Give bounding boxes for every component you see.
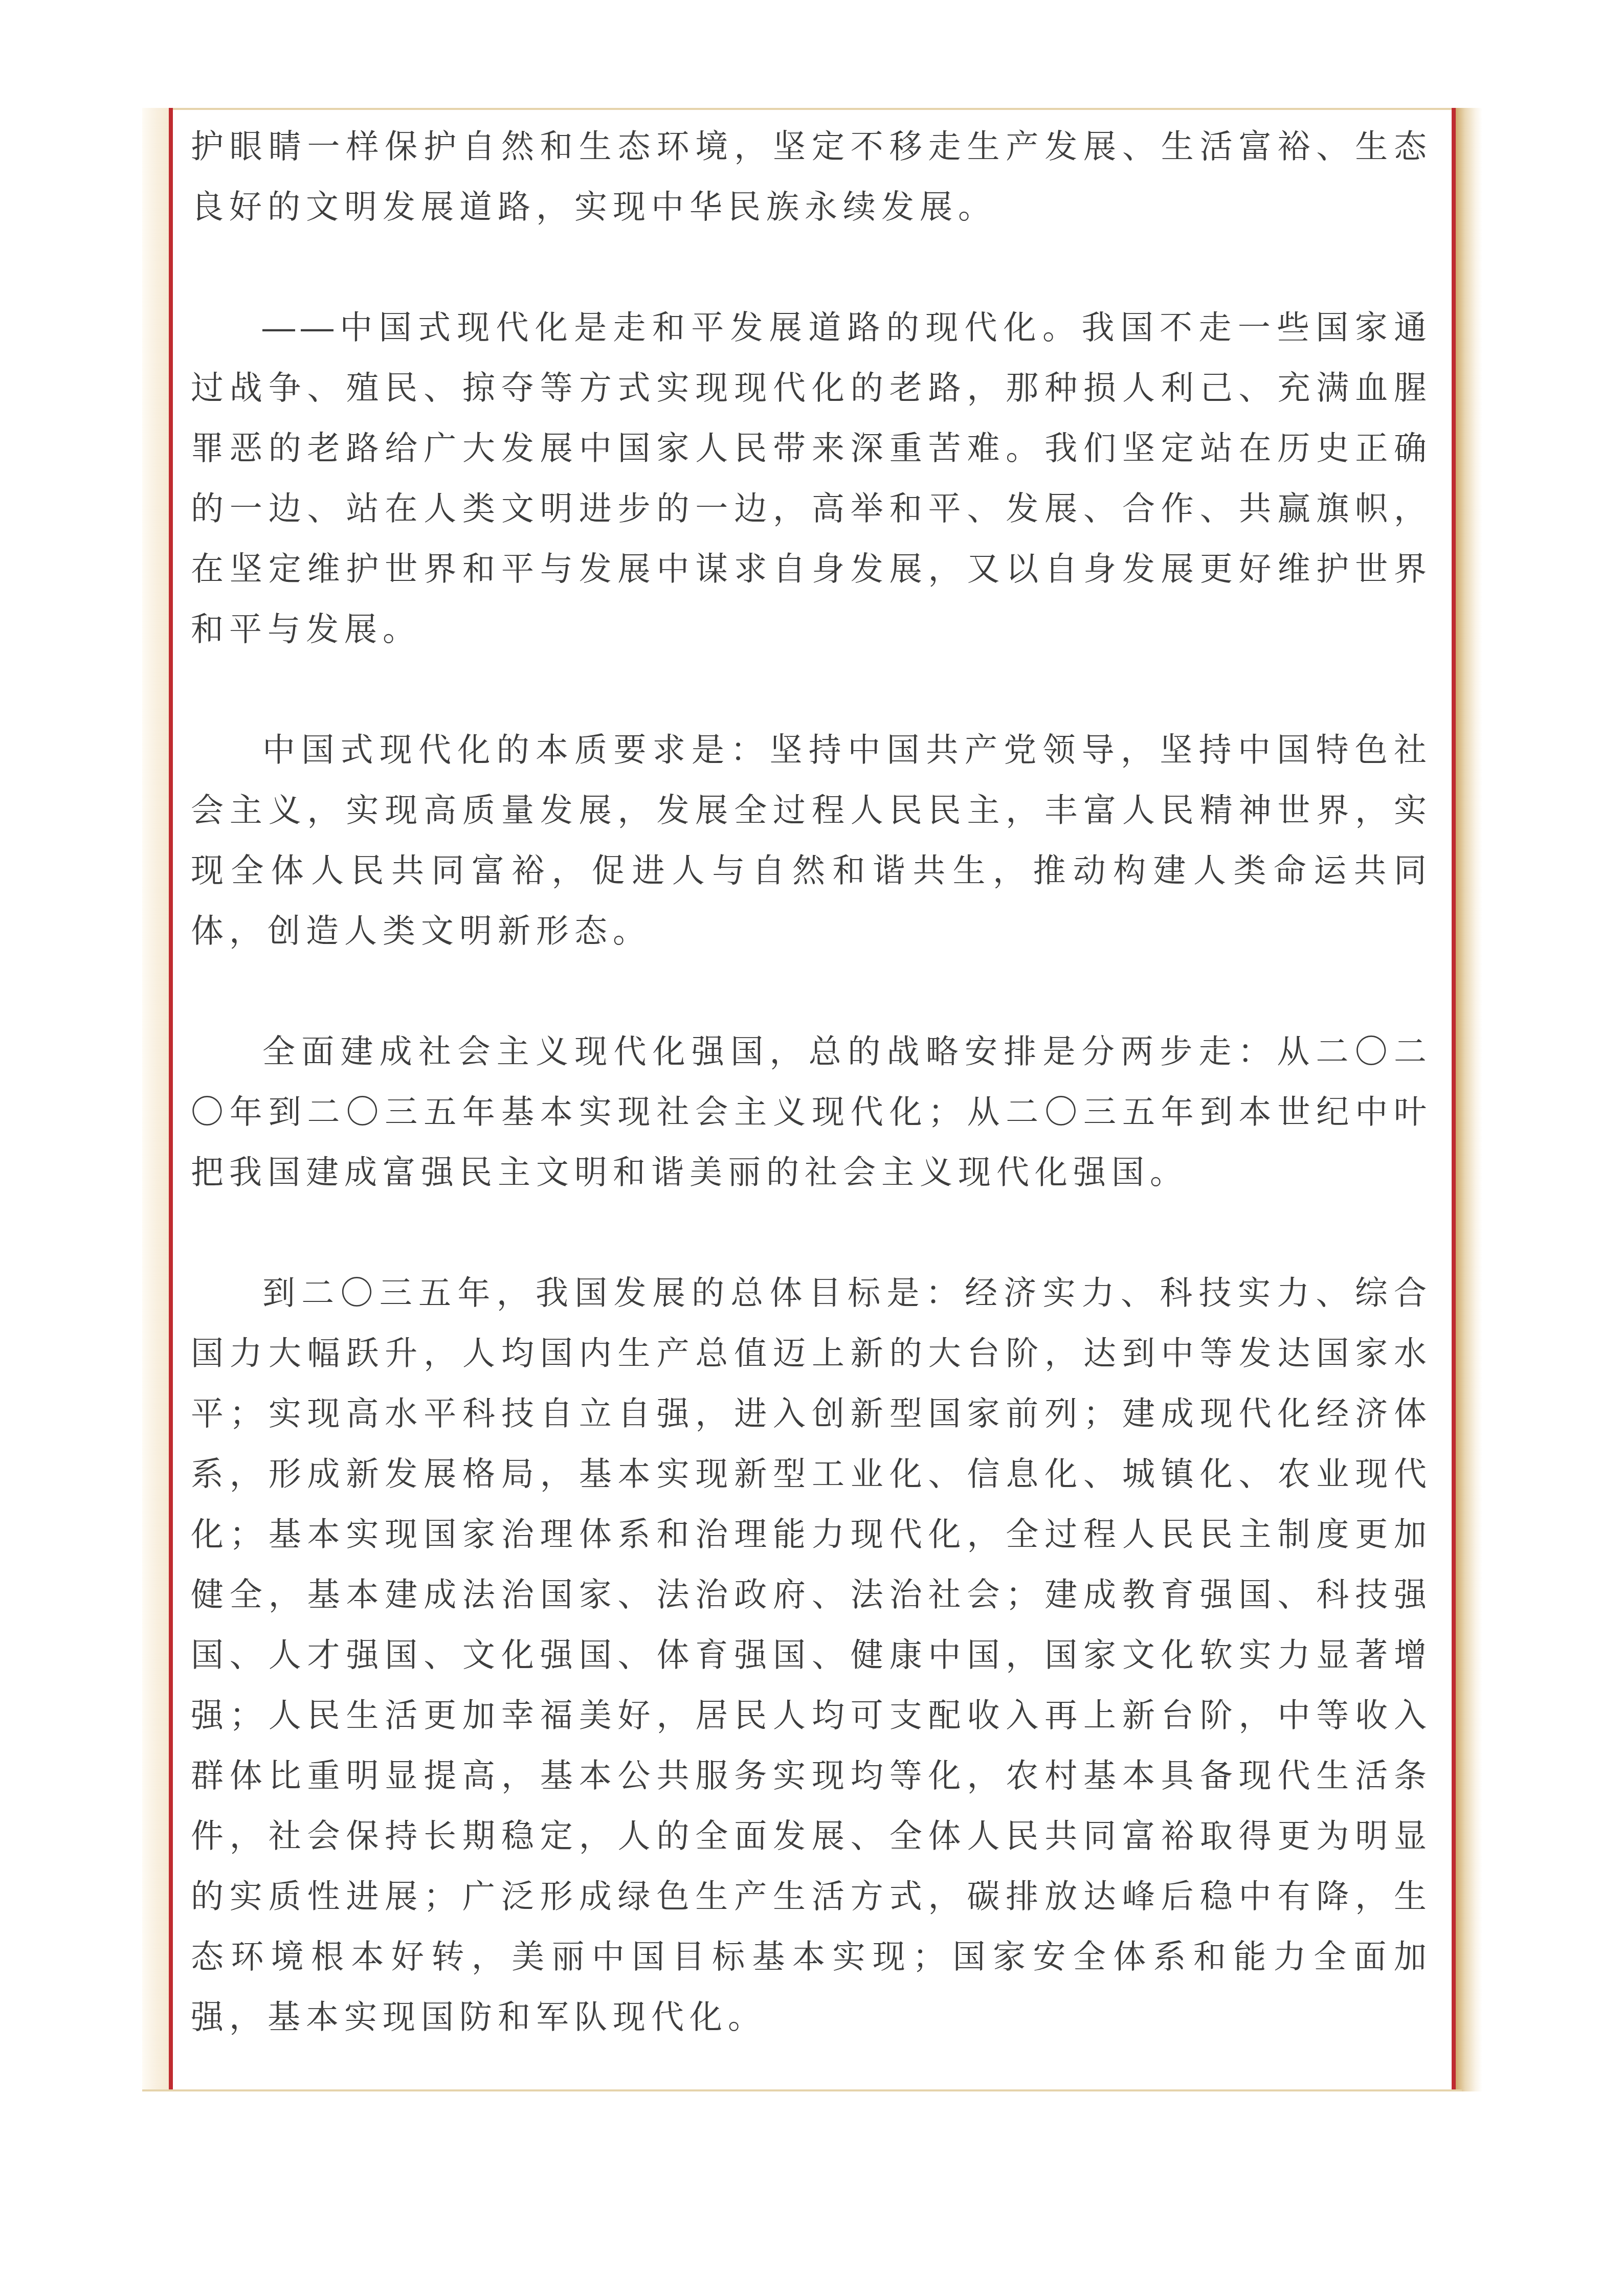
- article-page: 护眼睛一样保护自然和生态环境，坚定不移走生产发展、生活富裕、生态良好的文明发展道…: [0, 0, 1624, 2296]
- right-red-border: [1452, 108, 1456, 2091]
- left-red-border: [169, 108, 173, 2091]
- paragraph: 护眼睛一样保护自然和生态环境，坚定不移走生产发展、生活富裕、生态良好的文明发展道…: [191, 116, 1432, 237]
- paragraph: ——中国式现代化是走和平发展道路的现代化。我国不走一些国家通过战争、殖民、掠夺等…: [191, 297, 1432, 659]
- paragraph: 全面建成社会主义现代化强国，总的战略安排是分两步走：从二〇二〇年到二〇三五年基本…: [191, 1021, 1432, 1202]
- bottom-tan-rule: [142, 2089, 1462, 2091]
- paragraph: 中国式现代化的本质要求是：坚持中国共产党领导，坚持中国特色社会主义，实现高质量发…: [191, 719, 1432, 961]
- left-cream-accent-strip: [142, 108, 169, 2091]
- right-gold-accent-strip: [1456, 108, 1482, 2091]
- article-body: 护眼睛一样保护自然和生态环境，坚定不移走生产发展、生活富裕、生态良好的文明发展道…: [173, 110, 1452, 2089]
- paragraph: 到二〇三五年，我国发展的总体目标是：经济实力、科技实力、综合国力大幅跃升，人均国…: [191, 1263, 1432, 2047]
- article-card: 护眼睛一样保护自然和生态环境，坚定不移走生产发展、生活富裕、生态良好的文明发展道…: [173, 108, 1452, 2089]
